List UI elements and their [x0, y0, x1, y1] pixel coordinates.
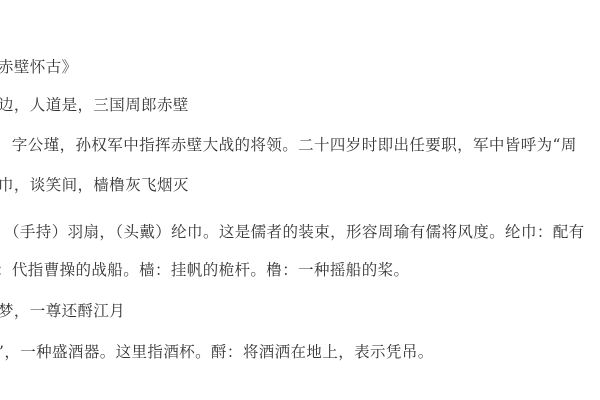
poem-line-1: 边，人道是，三国周郎赤壁 [0, 95, 189, 115]
annotation-line-4: ”，一种盛酒器。这里指酒杯。酹：将酒洒在地上，表示凭吊。 [0, 342, 434, 362]
annotation-line-3: ：代指曹操的战船。樯：挂帆的桅杆。橹：一种摇船的桨。 [0, 260, 409, 280]
annotation-line-2: （手持）羽扇，（头戴）纶巾。这是儒者的装束，形容周瑜有儒将风度。纶巾：配有 [4, 222, 585, 242]
poem-title: 赤壁怀古》 [0, 57, 78, 77]
annotation-line-1: ，字公瑾，孙权军中指挥赤壁大战的将领。二十四岁时即出任要职，军中皆呼为“周 [0, 135, 577, 155]
poem-line-3: 梦，一尊还酹江月 [0, 301, 125, 321]
poem-line-2: 巾，谈笑间，樯橹灰飞烟灭 [0, 175, 189, 195]
